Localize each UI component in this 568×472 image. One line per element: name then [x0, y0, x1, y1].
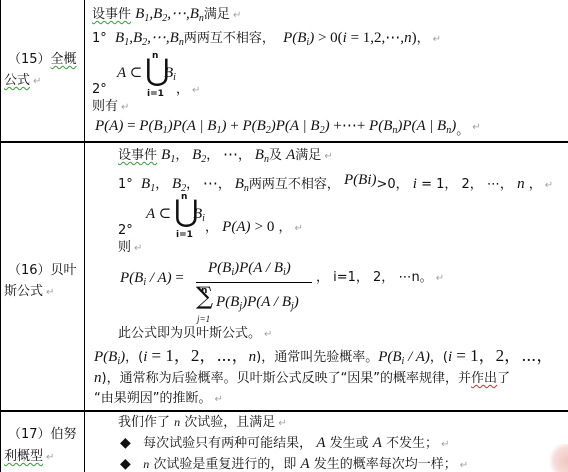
row-16-union-bottom: i=1	[176, 227, 193, 243]
row-16-note: 此公式即为贝叶斯公式。↵	[118, 326, 272, 343]
return-mark-icon: ↵	[233, 10, 241, 21]
row-16-union-Bi: Bi	[193, 206, 205, 227]
bayes-formula-tail: ， i=1， 2， ⋯n。↵	[316, 270, 444, 287]
row-15-cond2-A: A ⊂	[117, 65, 142, 81]
row-15-cond1-marker: 1°	[92, 31, 107, 46]
bayes-formula-numerator: P(Bi)P(A / Bi)	[208, 260, 291, 281]
row-16-label-line1: （16）贝叶	[8, 263, 77, 279]
row-16-label-2: 斯公式↵	[4, 284, 54, 301]
bayes-sum-symbol: ∑	[196, 288, 213, 304]
row-16-cond2-marker: 2°	[118, 223, 133, 239]
row-16-prefix: 设事件	[118, 148, 157, 163]
row-15-cond2-marker: 2°	[92, 82, 107, 98]
row-15-prefix: 设事件	[92, 7, 131, 22]
row-17-label-2: 利概型↵	[4, 449, 54, 466]
row-15-union-bottom: i=1	[147, 86, 164, 102]
row-divider-16-17	[0, 410, 568, 412]
bayes-fraction-bar	[196, 282, 312, 283]
row-15-formula-end: 。	[456, 123, 469, 138]
row-15-cond1-events: B1,B2,⋯,Bn	[115, 30, 184, 46]
row-16-cond1-events: B1， B2， ⋯， Bn	[141, 176, 249, 192]
row-15-union-Bi: Bi	[164, 65, 176, 86]
return-mark-icon: ↵	[46, 287, 54, 298]
row-16-cond1-marker: 1°	[118, 177, 133, 192]
row-15-total-probability-formula: P(A) = P(B1)P(A | B1) + P(B2)P(A | B2) +…	[95, 118, 481, 139]
diamond-bullet-icon: ◆	[120, 456, 131, 472]
row-16-para-line1: P(Bi)，(i = 1，2，⋯，n)，通常叫先验概率。P(Bi / A)，(i…	[94, 348, 553, 370]
diamond-bullet-icon: ◆	[120, 435, 131, 451]
watermark-blush	[550, 444, 568, 472]
left-border	[0, 0, 1, 472]
row-15-cond1-tail: ，	[417, 31, 430, 46]
row-15-cond1: 1° B1,B2,⋯,Bn两两互不相容， P(Bi) > 0(i = 1,2,⋯…	[92, 30, 441, 51]
row-15-label: （15）全概	[8, 52, 77, 68]
row-15-events: B1,B2,⋯,Bn	[135, 6, 204, 22]
row-16-cond1-prob: P(Bi)	[344, 172, 376, 188]
return-mark-icon: ↵	[46, 452, 54, 463]
row-15-label-2: 公式↵	[4, 73, 41, 90]
bayes-sum-bottom: j=1	[197, 311, 210, 327]
row-16-then: 则↵	[118, 240, 142, 257]
row-16-cond2-A: A ⊂	[146, 206, 171, 222]
row-17-bullet-1: ◆ 每次试验只有两种可能结果， A 发生或 A 不发生；↵	[120, 435, 449, 453]
row-divider-15-16	[0, 141, 568, 143]
row-16-mid: 及	[269, 148, 282, 163]
row-15-line1: 设事件 B1,B2,⋯,Bn满足↵	[92, 6, 241, 27]
row-16-cond1-text: 两两互不相容，	[249, 177, 340, 192]
row-16-suffix: 满足	[295, 148, 321, 163]
column-divider	[84, 0, 85, 472]
row-16-cond1-tail: >0， i = 1， 2， ⋯， n ，	[377, 177, 542, 192]
row-17-label-line2: 利概型	[4, 449, 43, 464]
row-15-label-line1: （15）全概	[8, 52, 77, 67]
row-16-A: A	[286, 147, 295, 163]
bayes-formula-lhs: P(Bi / A) =	[120, 270, 184, 291]
row-16-events: B1， B2， ⋯， Bn	[161, 147, 269, 163]
row-15-suffix: 满足	[204, 7, 230, 22]
row-16-cond2-tail: ， P(A) > 0 ，↵	[205, 219, 303, 237]
row-17-label-line1: （17）伯努	[8, 427, 77, 443]
return-mark-icon: ↵	[33, 76, 41, 87]
row-15-then: 则有↵	[92, 99, 129, 116]
return-mark-icon: ↵	[433, 34, 441, 45]
row-16-line1: 设事件 B1， B2， ⋯， Bn及 A满足↵	[118, 147, 333, 168]
bayes-formula-denominator: P(Bj)P(A / Bj)	[216, 294, 299, 315]
row-16-label-line2: 斯公式	[4, 284, 43, 299]
row-15-label-line2: 公式	[4, 73, 30, 88]
row-15-cond1-text: 两两互不相容，	[184, 31, 275, 46]
row-15-cond2-tail: ，↵	[176, 82, 200, 99]
row-16-para-line2: n)，通常称为后验概率。贝叶斯公式反映了“因果”的概率规律，并作出了	[94, 370, 510, 387]
row-17-intro: 我们作了 n 次试验，且满足↵	[118, 414, 287, 432]
row-15-cond1-prob: P(Bi) > 0(i = 1,2,⋯,n)	[283, 30, 416, 46]
row-16-para-line3: “由果朔因”的推断。↵	[94, 391, 223, 408]
row-17-bullet-2: ◆ n 次试验是重复进行的，即 A 发生的概率每次均一样；↵	[120, 456, 468, 472]
